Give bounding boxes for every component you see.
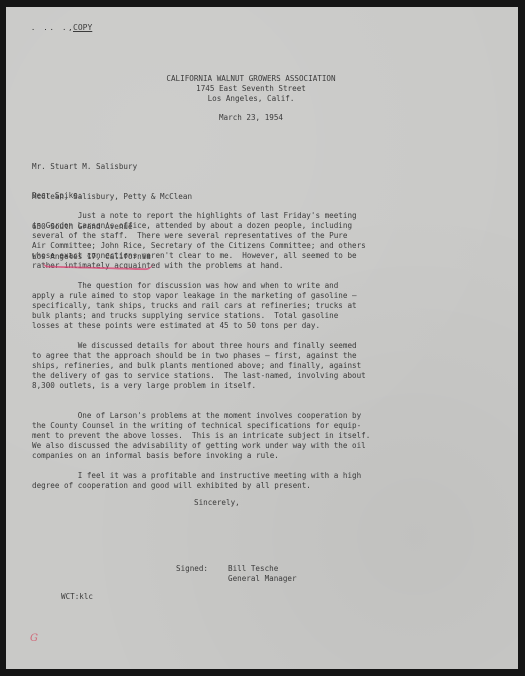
paragraph-line: We also discussed the advisability of ge… (32, 441, 452, 451)
paragraph-line: specifically, tank ships, trucks and rai… (32, 301, 452, 311)
paragraph-line: whose exact connections weren't clear to… (32, 251, 452, 261)
paragraph-line: ment to prevent the above losses. This i… (32, 431, 452, 441)
paragraph-2: The question for discussion was how and … (32, 281, 452, 331)
paragraph-5: I feel it was a profitable and instructi… (32, 471, 452, 491)
handwritten-mark: G (30, 634, 38, 644)
recipient-name: Mr. Stuart M. Salisbury (32, 162, 192, 172)
stray-marks: . .. ., (31, 23, 75, 33)
letterhead-city: Los Angeles, Calif. (6, 94, 496, 104)
paragraph-line: to agree that the approach should be in … (32, 351, 452, 361)
signed-label: Signed: (176, 564, 208, 574)
letterhead-organization: CALIFORNIA WALNUT GROWERS ASSOCIATION (6, 74, 496, 84)
paragraph-line: several of the staff. There were several… (32, 231, 452, 241)
typist-initials: WCT:klc (61, 592, 93, 602)
paragraph-line: Just a note to report the highlights of … (32, 211, 452, 221)
copy-stamp: COPY (73, 23, 92, 33)
paragraph-line: We discussed details for about three hou… (32, 341, 452, 351)
paragraph-line: One of Larson's problems at the moment i… (32, 411, 452, 421)
paragraph-line: I feel it was a profitable and instructi… (32, 471, 452, 481)
paragraph-line: apply a rule aimed to stop vapor leakage… (32, 291, 452, 301)
paragraph-line: the County Counsel in the writing of tec… (32, 421, 452, 431)
paragraph-line: in Gordon Larson's office, attended by a… (32, 221, 452, 231)
paragraph-line: companies on an informal basis before in… (32, 451, 452, 461)
paragraph-line: 8,300 outlets, is a very large problem i… (32, 381, 452, 391)
paragraph-3: We discussed details for about three hou… (32, 341, 452, 391)
paragraph-line: the delivery of gas to service stations.… (32, 371, 452, 381)
paragraph-line: degree of cooperation and good will exhi… (32, 481, 452, 491)
paragraph-line: ships, refineries, and bulk plants menti… (32, 361, 452, 371)
paragraph-line: Air Committee; John Rice, Secretary of t… (32, 241, 452, 251)
paragraph-line: losses at these points were estimated at… (32, 321, 452, 331)
signer-title: General Manager (228, 574, 297, 584)
closing: Sincerely, (194, 498, 240, 508)
letterhead-street: 1745 East Seventh Street (6, 84, 496, 94)
letter-date: March 23, 1954 (6, 113, 496, 123)
paragraph-line: The question for discussion was how and … (32, 281, 452, 291)
paragraph-4: One of Larson's problems at the moment i… (32, 411, 452, 461)
letter-page: . .. ., COPY CALIFORNIA WALNUT GROWERS A… (6, 7, 518, 669)
paragraph-line: bulk plants; and trucks supplying servic… (32, 311, 452, 321)
signer-name: Bill Tesche (228, 564, 278, 574)
salutation: Dear Spike: (32, 191, 82, 201)
